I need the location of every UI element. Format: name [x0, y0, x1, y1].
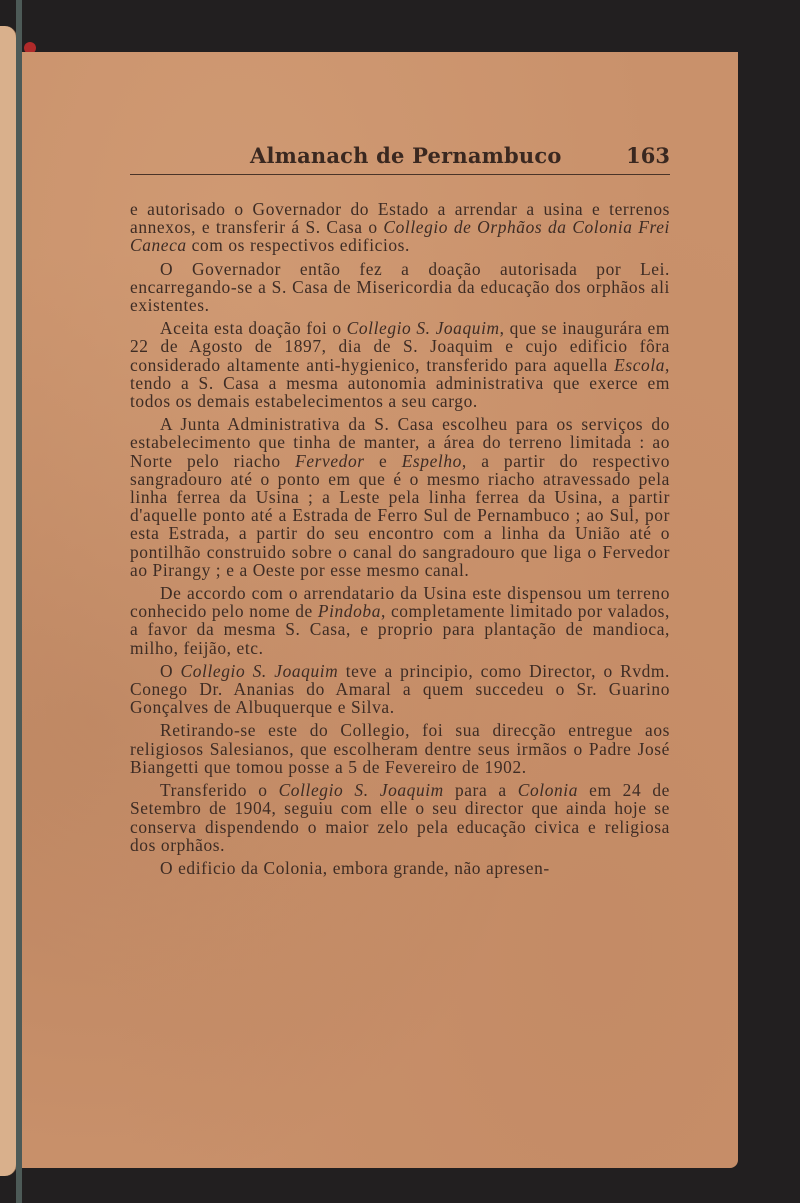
text-run: e: [365, 451, 402, 471]
text-run: O Governador então fez a doação autorisa…: [130, 259, 670, 315]
paragraph: O Governador então fez a doação autorisa…: [130, 260, 670, 315]
paragraph: De accordo com o arrendatario da Usina e…: [130, 584, 670, 657]
previous-page-edge: [0, 26, 17, 1176]
paragraph: O edificio da Colonia, embora grande, nã…: [130, 859, 670, 877]
italic-phrase: Espelho: [402, 451, 462, 471]
text-run: O edificio da Colonia, embora grande, nã…: [160, 858, 550, 878]
italic-phrase: Collegio S. Joaquim: [279, 780, 444, 800]
text-run: com os respectivos edificios.: [187, 235, 410, 255]
paragraph: O Collegio S. Joaquim teve a principio, …: [130, 662, 670, 717]
text-run: Aceita esta doação foi o: [160, 318, 347, 338]
text-run: para a: [444, 780, 518, 800]
text-run: , a partir do respectivo sangradouro até…: [130, 451, 670, 580]
italic-phrase: Collegio S. Joaquim: [347, 318, 500, 338]
paragraph: e autorisado o Governador do Estado a ar…: [130, 200, 670, 255]
italic-phrase: Colonia: [518, 780, 578, 800]
running-header: Almanach de Pernambuco 163: [130, 140, 670, 175]
body-text: e autorisado o Governador do Estado a ar…: [130, 200, 670, 877]
italic-phrase: Collegio S. Joaquim: [181, 661, 339, 681]
paragraph: Aceita esta doação foi o Collegio S. Joa…: [130, 319, 670, 410]
text-run: Transferido o: [160, 780, 279, 800]
paragraph: Retirando-se este do Collegio, foi sua d…: [130, 721, 670, 776]
text-run: O: [160, 661, 181, 681]
running-title: Almanach de Pernambuco: [250, 143, 562, 168]
book-page: Almanach de Pernambuco 163 e autorisado …: [22, 52, 738, 1168]
italic-phrase: Escola: [614, 355, 665, 375]
italic-phrase: Pindoba: [318, 601, 381, 621]
italic-phrase: Fervedor: [295, 451, 365, 471]
page-number: 163: [626, 143, 670, 168]
paragraph: A Junta Administrativa da S. Casa escolh…: [130, 415, 670, 579]
paragraph: Transferido o Collegio S. Joaquim para a…: [130, 781, 670, 854]
text-run: Retirando-se este do Collegio, foi sua d…: [130, 720, 670, 776]
